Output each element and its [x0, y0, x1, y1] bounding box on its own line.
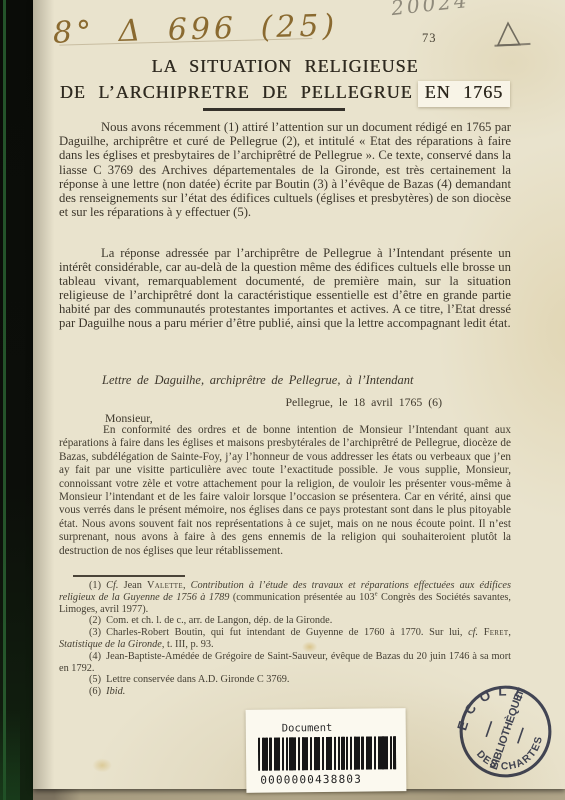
title-underline: [203, 108, 345, 111]
stamp-dash-lower: [518, 728, 523, 744]
scan-left-edge: [0, 0, 33, 800]
article-paragraph-1: Nous avons récemment (1) attiré l’attent…: [59, 120, 511, 219]
footnote-4: (4) Jean-Baptiste-Amédée de Grégoire de …: [59, 651, 511, 675]
footnote-separator-rule: [73, 575, 185, 577]
stamp-dash-upper: [486, 721, 491, 737]
pasted-correction-slip: EN 1765: [418, 81, 511, 107]
svg-text:DES CHARTES: DES CHARTES: [473, 732, 552, 780]
handwritten-call-number: 8° Δ 696 (25): [53, 8, 339, 50]
footnote-1: (1) Cf. Jean Valette, Contribution à l’é…: [59, 580, 511, 615]
footnote-2: (2) Com. et ch. l. de c., arr. de Langon…: [59, 615, 511, 627]
barcode-number: 0000000438803: [260, 772, 406, 787]
triangle-mark-icon: △: [495, 12, 521, 51]
letter-heading: Lettre de Daguilhe, archiprêtre de Pelle…: [102, 373, 414, 388]
barcode-label-title: Document: [282, 721, 406, 734]
letter-body: En conformité des ordres et de bonne int…: [59, 424, 511, 558]
article-title-line2: DE L’ARCHIPRETRE DE PELLEGRUEEN 1765: [59, 81, 511, 107]
article-title-line1: LA SITUATION RELIGIEUSE: [59, 56, 511, 77]
library-barcode-label: Document 0000000438803: [246, 708, 407, 793]
pencil-accession-number: 20024: [390, 0, 471, 20]
page-number: 73: [422, 31, 437, 46]
scanned-document-page: 20024 8° Δ 696 (25) 73 △ LA SITUATION RE…: [0, 0, 565, 800]
footnote-3: (3) Charles-Robert Boutin, qui fut inten…: [59, 627, 511, 651]
paper-page: 20024 8° Δ 696 (25) 73 △ LA SITUATION RE…: [33, 0, 565, 789]
article-title-line2-text: DE L’ARCHIPRETRE DE PELLEGRUE: [60, 82, 413, 102]
letter-dateline: Pellegrue, le 18 avril 1765 (6): [59, 395, 511, 410]
barcode-icon: [258, 736, 396, 770]
footnote-5: (5) Lettre conservée dans A.D. Gironde C…: [59, 674, 511, 686]
stamp-text-bottom: DES CHARTES: [473, 732, 552, 780]
footnotes-block: (1) Cf. Jean Valette, Contribution à l’é…: [59, 580, 511, 698]
article-paragraph-2: La réponse adressée par l’archiprêtre de…: [59, 246, 511, 330]
footnote-6: (6) Ibid.: [59, 686, 511, 698]
